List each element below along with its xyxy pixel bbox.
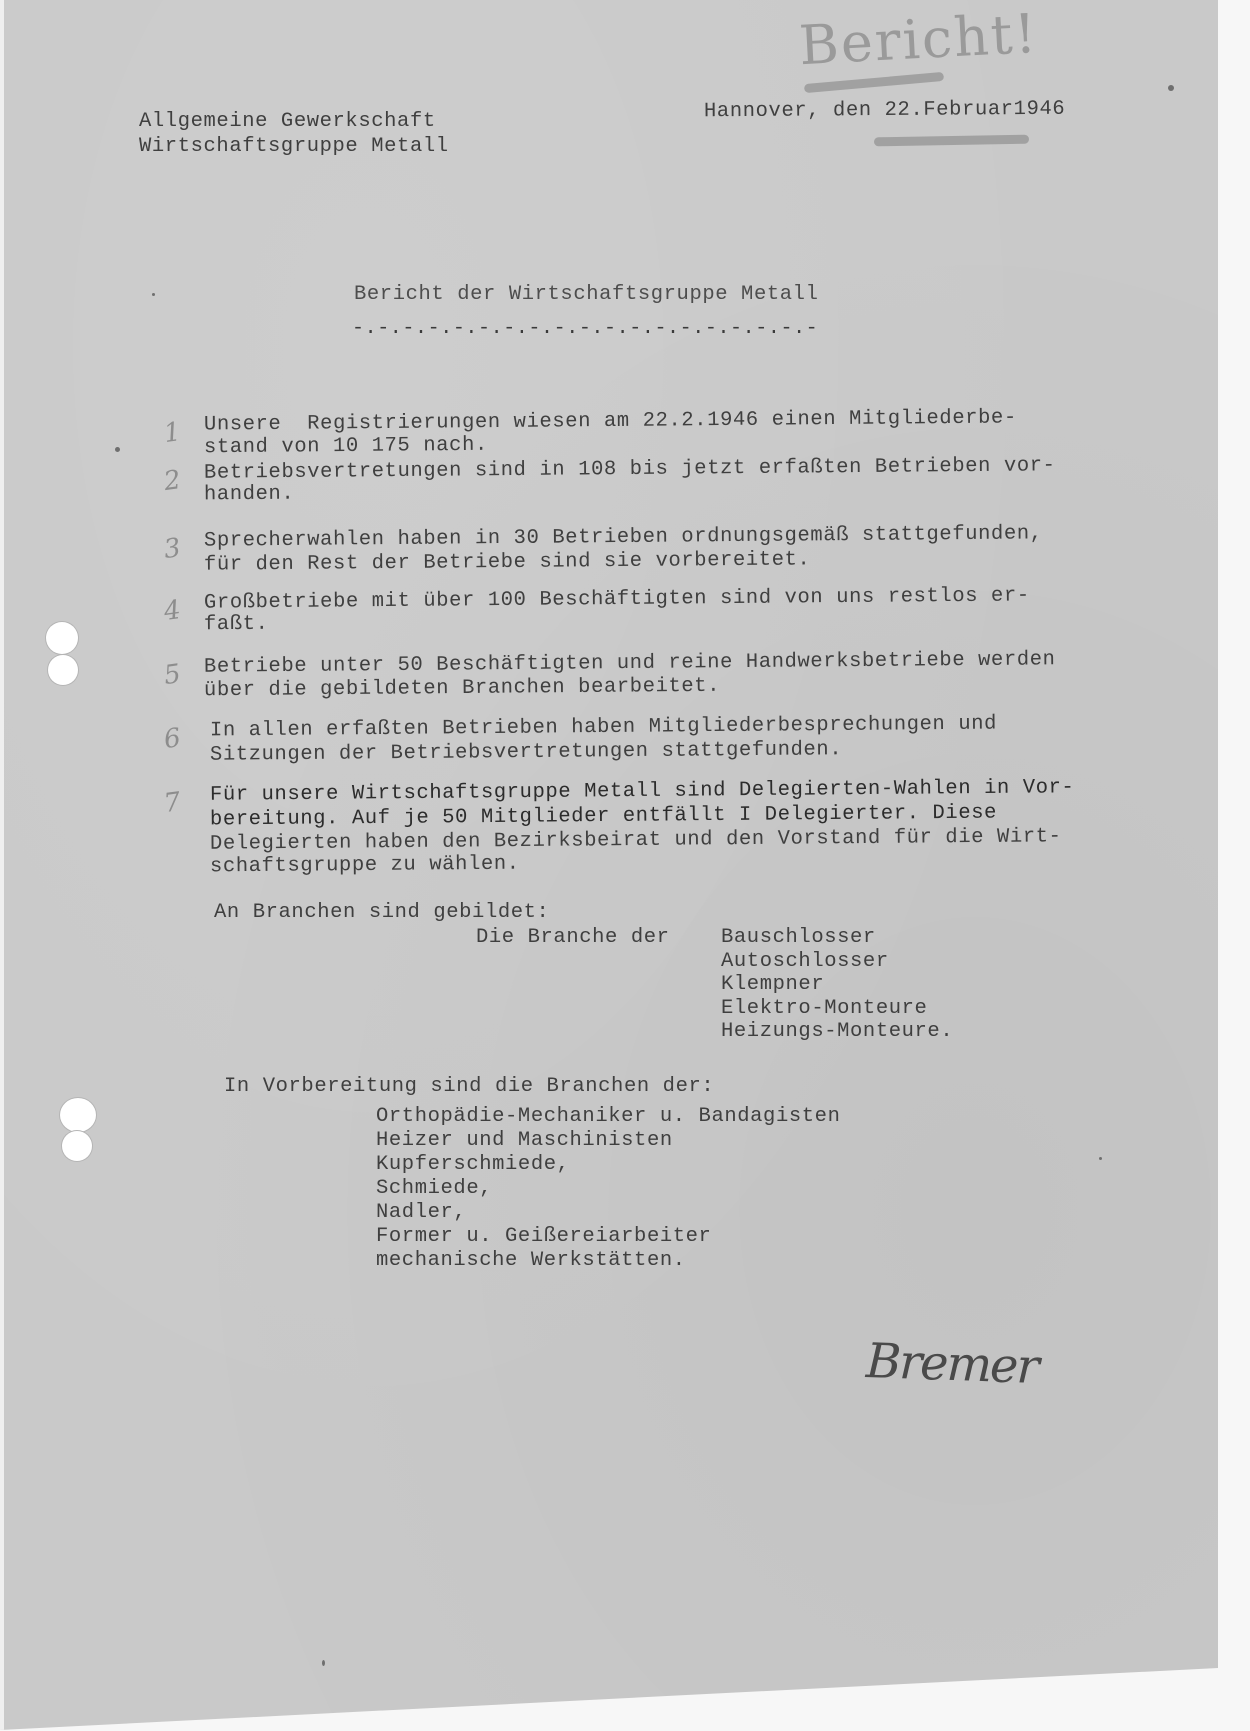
formed-branch-item: Klempner	[721, 975, 824, 996]
punch-hole	[48, 655, 78, 685]
paragraph-line: über die gebildeten Branchen bearbeitet.	[204, 676, 720, 701]
punch-hole	[46, 622, 78, 654]
paper-speck	[1099, 1157, 1102, 1160]
formed-branches-lead: Die Branche der	[476, 928, 670, 949]
paper-speck	[1168, 85, 1174, 91]
planned-branch-item: Former u. Geißereiarbeiter	[376, 1227, 711, 1248]
margin-number: 2	[162, 465, 183, 497]
sender-line-1: Allgemeine Gewerkschaft	[139, 112, 436, 133]
margin-number: 6	[162, 723, 183, 755]
planned-branch-item: Kupferschmiede,	[376, 1155, 570, 1176]
margin-number: 4	[162, 595, 183, 627]
date-underline	[874, 135, 1029, 147]
formed-branch-item: Bauschlosser	[721, 928, 876, 949]
signature: Bremer	[865, 1333, 1038, 1395]
planned-branch-item: mechanische Werkstätten.	[376, 1251, 686, 1272]
paragraph-line: Betriebe unter 50 Beschäftigten und rein…	[204, 650, 1056, 678]
scanned-letter-page: Bericht! Allgemeine Gewerkschaft Wirtsch…	[0, 0, 1218, 1730]
document-title: Bericht der Wirtschaftsgruppe Metall	[354, 285, 818, 306]
paragraph-line: Delegierten haben den Bezirksbeirat und …	[210, 827, 1062, 855]
punch-hole	[62, 1131, 92, 1161]
paper-speck	[322, 1660, 325, 1666]
sender-line-2: Wirtschaftsgruppe Metall	[139, 137, 449, 158]
paragraph-line: Betriebsvertretungen sind in 108 bis jet…	[204, 456, 1056, 484]
paragraph-line: handen.	[204, 484, 295, 505]
paragraph-line: Sprecherwahlen haben in 30 Betrieben ord…	[204, 524, 1043, 552]
paragraph-line: faßt.	[204, 614, 269, 635]
formed-branch-item: Heizungs-Monteure.	[721, 1022, 953, 1043]
paper-speck	[115, 447, 120, 452]
planned-branch-item: Orthopädie-Mechaniker u. Bandagisten	[376, 1107, 840, 1128]
paragraph-line: In allen erfaßten Betrieben haben Mitgli…	[210, 715, 997, 742]
punch-hole	[60, 1098, 96, 1132]
planned-branch-item: Nadler,	[376, 1203, 466, 1224]
paragraph-line: Großbetriebe mit über 100 Beschäftigten …	[204, 586, 1030, 614]
margin-number: 3	[162, 533, 183, 565]
title-underline: -.-.-.-.-.-.-.-.-.-.-.-.-.-.-.-.-.-.-	[352, 317, 818, 340]
formed-branch-item: Autoschlosser	[721, 952, 889, 973]
dateline: Hannover, den 22.Februar1946	[704, 100, 1065, 123]
margin-number: 5	[162, 659, 183, 691]
margin-number: 7	[162, 787, 183, 819]
paragraph-line: Unsere Registrierungen wiesen am 22.2.19…	[204, 408, 1017, 436]
paragraph-line: schaftsgruppe zu wählen.	[210, 854, 520, 877]
planned-branch-item: Schmiede,	[376, 1179, 492, 1200]
paragraph-line: für den Rest der Betriebe sind sie vorbe…	[204, 550, 811, 576]
planned-branches-intro: In Vorbereitung sind die Branchen der:	[224, 1077, 714, 1098]
formed-branch-item: Elektro-Monteure	[721, 999, 927, 1020]
paper-speck	[152, 293, 155, 296]
formed-branches-intro: An Branchen sind gebildet:	[214, 903, 549, 924]
handwritten-stamp: Bericht!	[798, 2, 1040, 77]
margin-number: 1	[162, 417, 183, 449]
paragraph-line: Sitzungen der Betriebsvertretungen statt…	[210, 740, 842, 766]
paragraph-line: stand von 10 175 nach.	[204, 435, 488, 458]
planned-branch-item: Heizer und Maschinisten	[376, 1131, 673, 1152]
